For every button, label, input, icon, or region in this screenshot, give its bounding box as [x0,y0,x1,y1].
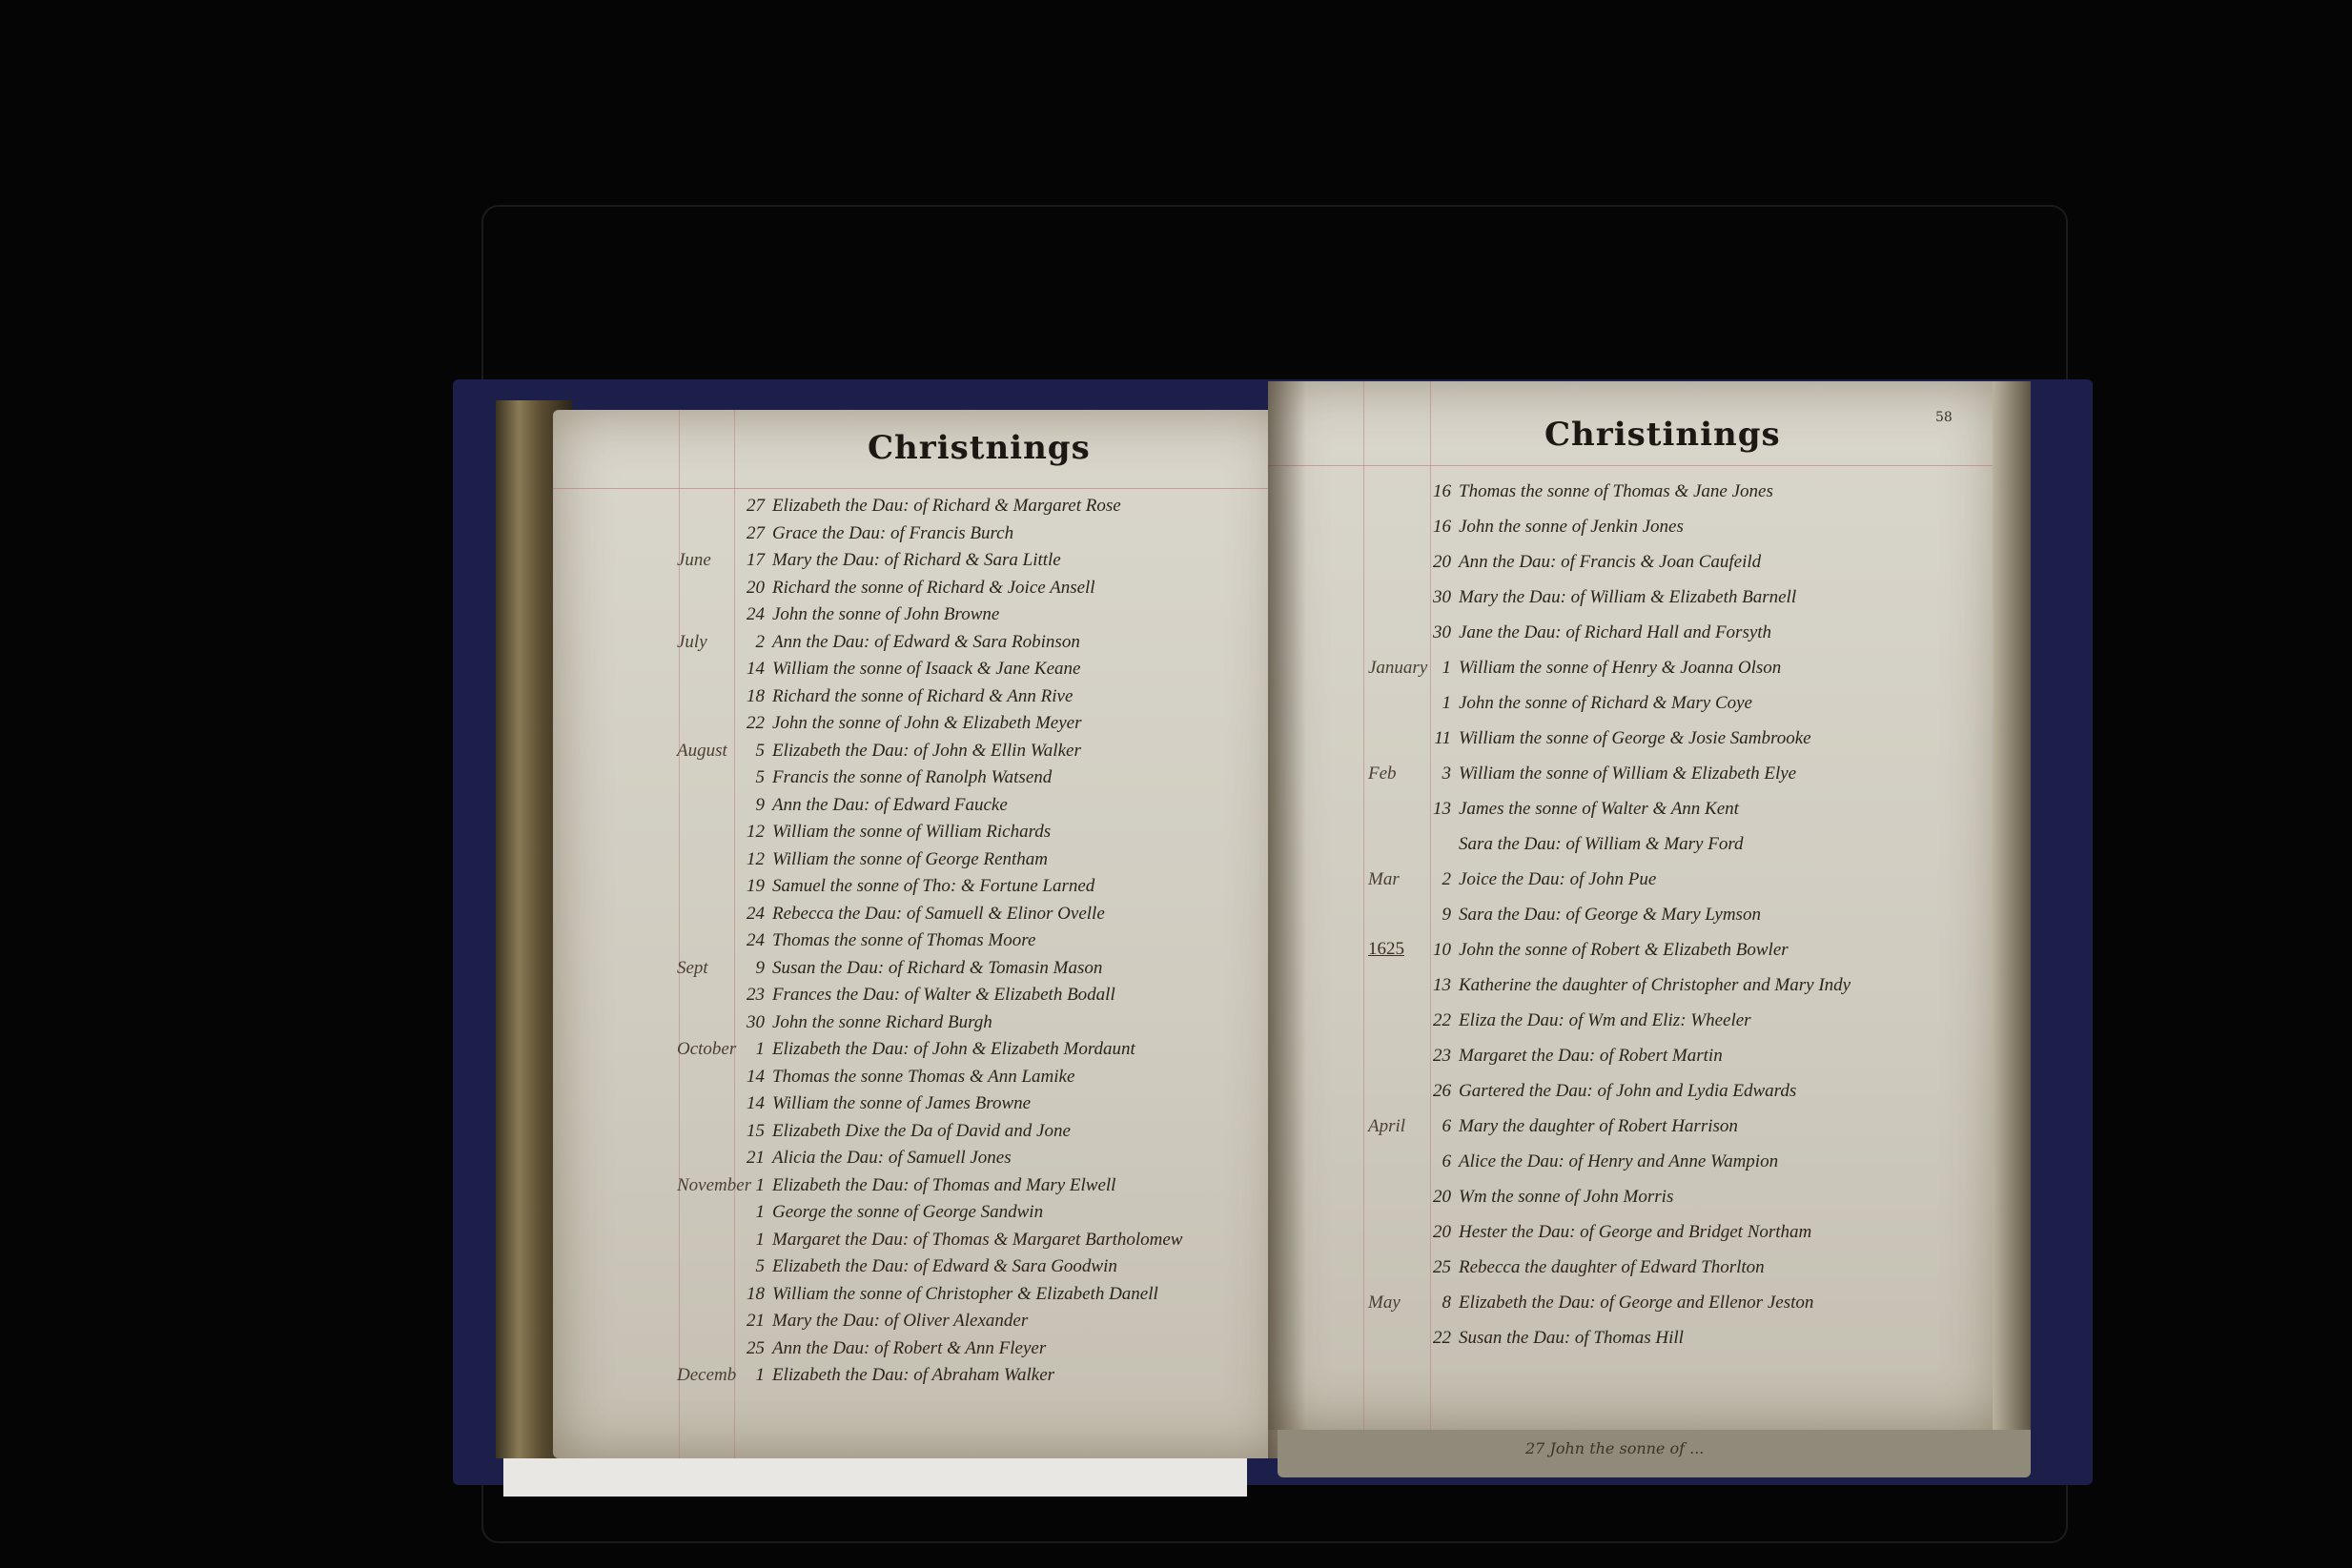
entry-text: Richard the sonne of Richard & Joice Ans… [772,578,1095,598]
folio-number: 58 [1935,410,1953,425]
entry-day: 27 [734,496,765,517]
entry-text: Susan the Dau: of Thomas Hill [1459,1328,1684,1348]
entry-text: Elizabeth the Dau: of Abraham Walker [772,1365,1054,1385]
register-entry: 1Elizabeth the Dau: of Thomas and Mary E… [734,1175,1115,1196]
entry-day: 25 [1421,1257,1451,1278]
entry-text: William the sonne of James Browne [772,1093,1031,1113]
entry-text: John the sonne of Jenkin Jones [1459,517,1684,537]
entry-day: 30 [1421,587,1451,608]
register-entry: 1Elizabeth the Dau: of Abraham Walker [734,1365,1054,1386]
entry-text: Eliza the Dau: of Wm and Eliz: Wheeler [1459,1010,1751,1030]
register-entry: 13Katherine the daughter of Christopher … [1421,975,1851,996]
entry-day: 20 [1421,1187,1451,1208]
entry-text: Gartered the Dau: of John and Lydia Edwa… [1459,1081,1796,1101]
entry-day: 23 [734,985,765,1006]
entry-day: 14 [734,659,765,680]
entry-day: 13 [1421,799,1451,820]
entry-day: 22 [734,713,765,734]
entry-day: 3 [1421,764,1451,784]
entry-day: 23 [1421,1046,1451,1067]
register-entry: 22John the sonne of John & Elizabeth Mey… [734,713,1082,734]
entry-text: Wm the sonne of John Morris [1459,1187,1673,1207]
entry-text: Mary the Dau: of William & Elizabeth Bar… [1459,587,1796,607]
entry-day: 24 [734,904,765,925]
entry-text: Thomas the sonne of Thomas Moore [772,930,1035,950]
entry-text: John the sonne Richard Burgh [772,1012,992,1032]
entry-text: William the sonne of George Rentham [772,849,1048,869]
entry-text: William the sonne of Isaack & Jane Keane [772,659,1080,679]
entry-text: Jane the Dau: of Richard Hall and Forsyt… [1459,622,1771,642]
entry-text: Richard the sonne of Richard & Ann Rive [772,686,1073,706]
register-entry: 21Mary the Dau: of Oliver Alexander [734,1311,1028,1332]
register-entry: 25Rebecca the daughter of Edward Thorlto… [1421,1257,1765,1278]
entry-text: Elizabeth the Dau: of John & Ellin Walke… [772,741,1081,761]
register-entry: 20Hester the Dau: of George and Bridget … [1421,1222,1811,1243]
entry-text: Thomas the sonne of Thomas & Jane Jones [1459,481,1773,501]
month-label: Mar [1368,869,1400,890]
entry-text: Elizabeth the Dau: of Richard & Margaret… [772,496,1121,516]
register-entry: 27Elizabeth the Dau: of Richard & Margar… [734,496,1121,517]
entry-text: Elizabeth the Dau: of George and Ellenor… [1459,1293,1813,1313]
register-entry: 9Sara the Dau: of George & Mary Lymson [1421,905,1761,926]
entry-day: 1 [734,1039,765,1060]
red-rule [1268,465,2002,466]
entry-day: 20 [1421,552,1451,573]
register-entry: 1William the sonne of Henry & Joanna Ols… [1421,658,1781,679]
entry-day: 9 [734,958,765,979]
entry-day: 1 [1421,658,1451,679]
entry-text: Ann the Dau: of Edward & Sara Robinson [772,632,1080,652]
register-entry: 26Gartered the Dau: of John and Lydia Ed… [1421,1081,1796,1102]
register-entry: 12William the sonne of George Rentham [734,849,1048,870]
entry-day: 26 [1421,1081,1451,1102]
register-entry: 1Margaret the Dau: of Thomas & Margaret … [734,1230,1182,1251]
register-entry: 5Elizabeth the Dau: of John & Ellin Walk… [734,741,1081,762]
entry-day: 22 [1421,1328,1451,1349]
entry-day: 18 [734,1284,765,1305]
register-entry: 6Alice the Dau: of Henry and Anne Wampio… [1421,1151,1778,1172]
entry-text: Susan the Dau: of Richard & Tomasin Maso… [772,958,1102,978]
entry-day: 30 [1421,622,1451,643]
entry-day: 9 [734,795,765,816]
entry-day: 14 [734,1093,765,1114]
entry-day: 2 [734,632,765,653]
register-entry: 14William the sonne of Isaack & Jane Kea… [734,659,1080,680]
month-label: May [1368,1293,1401,1313]
entry-day: 25 [734,1338,765,1359]
entry-day: 12 [734,849,765,870]
entry-day: 16 [1421,481,1451,502]
register-entry: 24John the sonne of John Browne [734,604,999,625]
entry-text: John the sonne of John & Elizabeth Meyer [772,713,1082,733]
entry-day: 17 [734,550,765,571]
register-entry: 19Samuel the sonne of Tho: & Fortune Lar… [734,876,1094,897]
entry-day: 1 [1421,693,1451,714]
entry-text: James the sonne of Walter & Ann Kent [1459,799,1739,819]
entry-text: Sara the Dau: of George & Mary Lymson [1459,905,1761,925]
entry-text: Elizabeth the Dau: of Edward & Sara Good… [772,1256,1117,1276]
entry-day: 11 [1421,728,1451,749]
entry-text: Ann the Dau: of Francis & Joan Caufeild [1459,552,1761,572]
register-entry: 22Susan the Dau: of Thomas Hill [1421,1328,1684,1349]
entry-day: 24 [734,930,765,951]
entry-day: 6 [1421,1151,1451,1172]
register-entry: 25Ann the Dau: of Robert & Ann Fleyer [734,1338,1046,1359]
entry-text: Mary the Dau: of Richard & Sara Little [772,550,1061,570]
entry-day: 8 [1421,1293,1451,1313]
month-label: Sept [677,958,708,979]
register-entry: 8Elizabeth the Dau: of George and Elleno… [1421,1293,1813,1313]
entry-text: Rebecca the daughter of Edward Thorlton [1459,1257,1765,1277]
register-entry: 27Grace the Dau: of Francis Burch [734,523,1013,544]
entry-text: Joice the Dau: of John Pue [1459,869,1656,889]
register-entry: 2Joice the Dau: of John Pue [1421,869,1656,890]
entry-day: 2 [1421,869,1451,890]
month-label: June [677,550,711,571]
entry-text: Elizabeth Dixe the Da of David and Jone [772,1121,1071,1141]
entry-text: Ann the Dau: of Robert & Ann Fleyer [772,1338,1046,1358]
register-entry: 16John the sonne of Jenkin Jones [1421,517,1684,538]
entry-text: John the sonne of Robert & Elizabeth Bow… [1459,940,1789,960]
entry-day: 1 [734,1230,765,1251]
register-entry: Sara the Dau: of William & Mary Ford [1421,834,1744,855]
register-entry: 30Jane the Dau: of Richard Hall and Fors… [1421,622,1771,643]
entry-text: Elizabeth the Dau: of John & Elizabeth M… [772,1039,1135,1059]
entry-text: Francis the sonne of Ranolph Watsend [772,767,1052,787]
red-rule [553,488,1287,489]
register-entry: 20Wm the sonne of John Morris [1421,1187,1673,1208]
entry-text: Thomas the sonne Thomas & Ann Lamike [772,1067,1074,1087]
entry-text: Mary the daughter of Robert Harrison [1459,1116,1738,1136]
month-label: April [1368,1116,1405,1137]
entry-day: 21 [734,1148,765,1169]
register-entry: 3William the sonne of William & Elizabet… [1421,764,1796,784]
entry-text: Hester the Dau: of George and Bridget No… [1459,1222,1811,1242]
entry-day: 21 [734,1311,765,1332]
register-entry: 23Frances the Dau: of Walter & Elizabeth… [734,985,1115,1006]
entry-day: 22 [1421,1010,1451,1031]
entry-day: 19 [734,876,765,897]
register-entry: 5Francis the sonne of Ranolph Watsend [734,767,1052,788]
entry-text: John the sonne of Richard & Mary Coye [1459,693,1752,713]
entry-day: 16 [1421,517,1451,538]
month-label: October [677,1039,736,1060]
entry-day: 5 [734,1256,765,1277]
entry-text: Frances the Dau: of Walter & Elizabeth B… [772,985,1115,1005]
register-entry: 5Elizabeth the Dau: of Edward & Sara Goo… [734,1256,1117,1277]
entry-day: 14 [734,1067,765,1088]
month-label: January [1368,658,1427,679]
entry-day: 1 [734,1202,765,1223]
page-heading: Christnings [868,429,1091,467]
month-label: Feb [1368,764,1397,784]
register-entry: 9Susan the Dau: of Richard & Tomasin Mas… [734,958,1102,979]
book-gutter [1268,381,1306,1458]
entry-text: Grace the Dau: of Francis Burch [772,523,1013,543]
entry-day: 30 [734,1012,765,1033]
register-entry: 23Margaret the Dau: of Robert Martin [1421,1046,1723,1067]
entry-text: Mary the Dau: of Oliver Alexander [772,1311,1028,1331]
entry-text: William the sonne of George & Josie Samb… [1459,728,1811,748]
entry-text: Alice the Dau: of Henry and Anne Wampion [1459,1151,1778,1171]
register-entry: 20Ann the Dau: of Francis & Joan Caufeil… [1421,552,1761,573]
entry-text: Katherine the daughter of Christopher an… [1459,975,1851,995]
register-entry: 12William the sonne of William Richards [734,822,1051,843]
entry-day: 13 [1421,975,1451,996]
register-entry: 21Alicia the Dau: of Samuell Jones [734,1148,1012,1169]
register-entry: 9Ann the Dau: of Edward Faucke [734,795,1008,816]
entry-text: William the sonne of Christopher & Eliza… [772,1284,1158,1304]
register-entry: 16Thomas the sonne of Thomas & Jane Jone… [1421,481,1773,502]
entry-text: Sara the Dau: of William & Mary Ford [1459,834,1744,854]
entry-text: John the sonne of John Browne [772,604,999,624]
month-label: August [677,741,727,762]
register-entry: 18Richard the sonne of Richard & Ann Riv… [734,686,1073,707]
register-entry: 17Mary the Dau: of Richard & Sara Little [734,550,1061,571]
register-entry: 14Thomas the sonne Thomas & Ann Lamike [734,1067,1074,1088]
entry-text: Margaret the Dau: of Robert Martin [1459,1046,1723,1066]
margin-rule [1363,381,1364,1430]
register-entry: 14William the sonne of James Browne [734,1093,1031,1114]
entry-day: 5 [734,767,765,788]
entry-day: 9 [1421,905,1451,926]
entry-day: 12 [734,822,765,843]
register-entry: 24Thomas the sonne of Thomas Moore [734,930,1035,951]
register-entry: 1Elizabeth the Dau: of John & Elizabeth … [734,1039,1135,1060]
entry-text: Margaret the Dau: of Thomas & Margaret B… [772,1230,1182,1250]
entry-text: Samuel the sonne of Tho: & Fortune Larne… [772,876,1094,896]
month-label: July [677,632,707,653]
register-entry: 2Ann the Dau: of Edward & Sara Robinson [734,632,1080,653]
register-entry: 10John the sonne of Robert & Elizabeth B… [1421,940,1789,961]
register-entry: 22Eliza the Dau: of Wm and Eliz: Wheeler [1421,1010,1751,1031]
entry-day: 5 [734,741,765,762]
entry-text: William the sonne of William Richards [772,822,1051,842]
entry-day: 6 [1421,1116,1451,1137]
register-entry: 24Rebecca the Dau: of Samuell & Elinor O… [734,904,1105,925]
entry-day: 1 [734,1175,765,1196]
entry-day: 20 [734,578,765,599]
entry-text: William the sonne of William & Elizabeth… [1459,764,1796,784]
register-entry: 20Richard the sonne of Richard & Joice A… [734,578,1095,599]
register-entry: 15Elizabeth Dixe the Da of David and Jon… [734,1121,1071,1142]
entry-text: Ann the Dau: of Edward Faucke [772,795,1008,815]
register-entry: 11William the sonne of George & Josie Sa… [1421,728,1811,749]
entry-day: 10 [1421,940,1451,961]
entry-text: Elizabeth the Dau: of Thomas and Mary El… [772,1175,1115,1195]
underleaf-text: 27 John the sonne of ... [1525,1439,1704,1457]
entry-day: 20 [1421,1222,1451,1243]
entry-day: 18 [734,686,765,707]
year-mark: 1625 [1368,939,1404,960]
month-label: Decemb [677,1365,736,1386]
register-entry: 1John the sonne of Richard & Mary Coye [1421,693,1752,714]
entry-text: George the sonne of George Sandwin [772,1202,1043,1222]
register-entry: 13James the sonne of Walter & Ann Kent [1421,799,1739,820]
register-entry: 1George the sonne of George Sandwin [734,1202,1043,1223]
entry-text: Alicia the Dau: of Samuell Jones [772,1148,1012,1168]
entry-day: 24 [734,604,765,625]
entry-text: Rebecca the Dau: of Samuell & Elinor Ove… [772,904,1105,924]
register-entry: 30John the sonne Richard Burgh [734,1012,992,1033]
register-entry: 6Mary the daughter of Robert Harrison [1421,1116,1738,1137]
page-heading: Christinings [1544,416,1781,454]
entry-text: William the sonne of Henry & Joanna Olso… [1459,658,1781,678]
right-page-edges [1993,381,2031,1439]
entry-day: 15 [734,1121,765,1142]
register-entry: 30Mary the Dau: of William & Elizabeth B… [1421,587,1796,608]
register-entry: 18William the sonne of Christopher & Eli… [734,1284,1158,1305]
entry-day: 1 [734,1365,765,1386]
entry-day: 27 [734,523,765,544]
